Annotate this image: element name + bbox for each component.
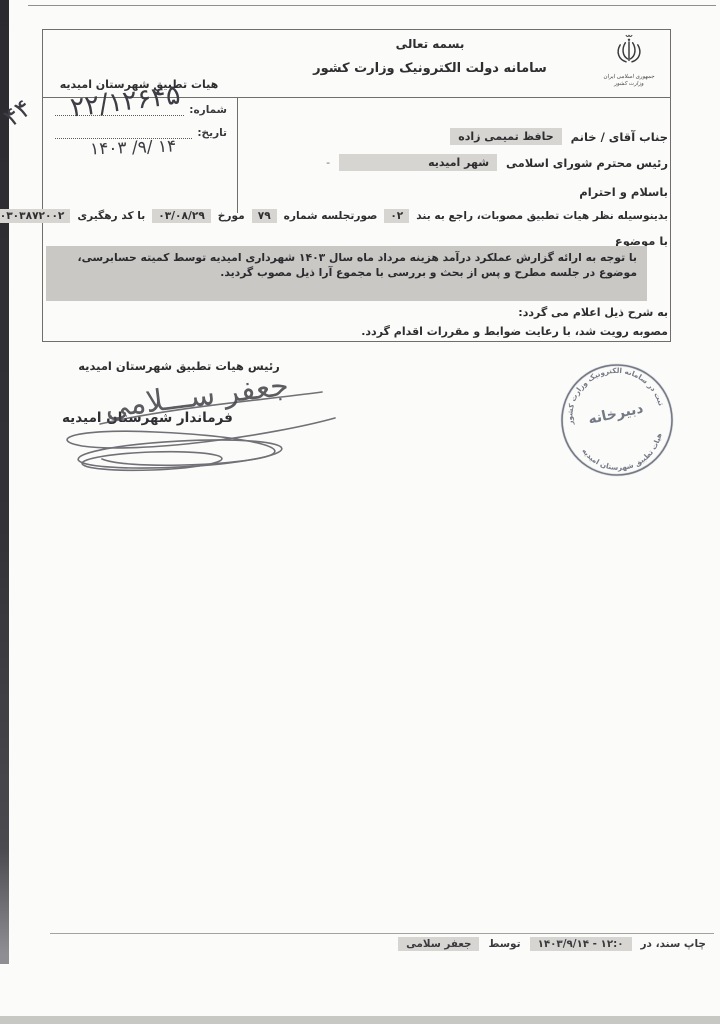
scan-edge-left [0,0,9,964]
body-intro-part1: بدینوسیله نظر هیات تطبیق مصوبات، راجع به… [416,210,668,222]
recipient-name-label: جناب آقای / خانم [571,130,668,144]
recipient-role-label: رئیس محترم شورای اسلامی [506,156,668,170]
body-intro-part3: مورخ [218,210,245,222]
number-column-divider [237,97,238,213]
number-label: شماره: [189,104,227,116]
body-intro-row: بدینوسیله نظر هیات تطبیق مصوبات، راجع به… [44,209,668,223]
footer-print-label: چاپ سند، در [641,938,706,950]
paper-speckles [0,0,2,2]
tracking-code-value: ۴۰۰۴۰۳۰۳۸۷۲۰۰۲ [0,209,70,223]
footer-print-datetime: ۱۴۰۳/۹/۱۴ - ۱۲:۰ [530,937,632,951]
secretariat-stamp: ثبت در سامانه الکترونیک وزارت کشور هیات … [543,356,691,492]
signature-scribble: جعفر ســـلامی [30,366,360,476]
recipient-role-row: رئیس محترم شورای اسلامی شهر امیدیه - [326,154,668,171]
recipient-role-value: شهر امیدیه [339,154,497,171]
clause-number-value: ۰۲ [384,209,409,223]
minutes-date-value: ۰۳/۰۸/۲۹ [152,209,211,223]
stamp-bottom-arc-text: هیات تطبیق شهرستان امیدیه [579,430,669,480]
system-title: سامانه دولت الکترونیک وزارت کشور [250,61,610,76]
footer-printed-by: جعفر سلامی [398,937,479,951]
footer-by-label: توسط [488,938,520,950]
handwritten-date: ۱۴۰۳ /۹/ ۱۴ [90,137,177,160]
stray-dash-mark: - [326,156,330,169]
footer-print-row: چاپ سند، در ۱۴۰۳/۹/۱۴ - ۱۲:۰ توسط جعفر س… [398,937,706,951]
emblem-caption-line2: وزارت کشور [596,81,663,88]
body-intro-part4: با کد رهگیری [77,210,145,222]
recipient-name-value: حافظ تمیمی زاده [450,128,561,145]
scan-top-line [28,5,716,6]
signature-name-scribble: جعفر ســـلامی [103,368,291,425]
stamp-center-text: دبیرخانه [587,400,645,427]
salutation-text: باسلام و احترام [579,185,668,199]
subject-highlight-block: با توجه به ارائه گزارش عملکرد درآمد هزین… [46,246,647,301]
subject-paragraph: با توجه به ارائه گزارش عملکرد درآمد هزین… [78,251,637,279]
announce-text: به شرح ذیل اعلام می گردد: [518,306,668,319]
svg-text:هیات تطبیق شهرستان امیدیه: هیات تطبیق شهرستان امیدیه [579,430,669,480]
decision-text: مصوبه رویت شد، با رعایت ضوابط و مقررات ا… [361,325,668,338]
date-label: تاریخ: [197,127,227,139]
footer-divider-line [50,933,714,934]
recipient-name-row: جناب آقای / خانم حافظ تمیمی زاده [450,128,668,145]
bismillah-text: بسمه تعالی [320,37,540,51]
minutes-number-value: ۷۹ [252,209,277,223]
scanned-letter-page: جمهوری اسلامی ایران وزارت کشور بسمه تعال… [0,0,720,1024]
scan-edge-bottom [0,1016,720,1024]
body-intro-part2: صورتجلسه شماره [284,210,378,222]
